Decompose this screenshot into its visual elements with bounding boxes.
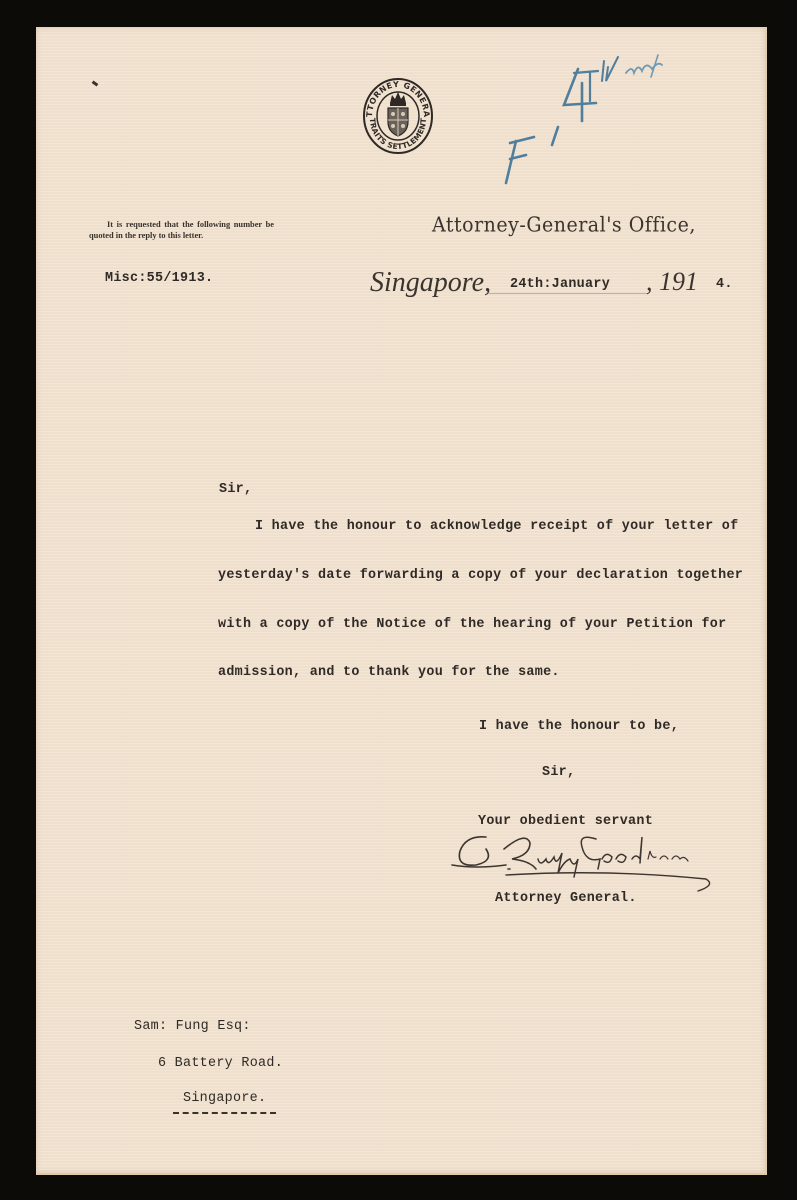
crest: ATTORNEY GENERAL STRAITS SETTLEMENTS — [360, 75, 436, 155]
ink-mark — [92, 81, 99, 87]
handwritten-annotation — [486, 47, 686, 187]
place-date-line: Singapore, 24th:January , 191 4. — [370, 267, 750, 303]
recipient-street: 6 Battery Road. — [158, 1056, 283, 1071]
signature — [446, 829, 716, 895]
closing-line: I have the honour to be, — [479, 719, 679, 734]
body-line: yesterday's date forwarding a copy of yo… — [218, 568, 743, 583]
date-underline — [488, 293, 648, 294]
office-heading: Attorney-General's Office, — [432, 213, 696, 237]
date-day-month: 24th:January — [510, 277, 610, 292]
recipient-city: Singapore. — [183, 1091, 266, 1106]
body-line: admission, and to thank you for the same… — [218, 665, 560, 680]
city-underline — [173, 1112, 276, 1114]
recipient-name: Sam: Fung Esq: — [134, 1019, 251, 1034]
signature-scribble-icon — [446, 829, 716, 895]
letter-page: ATTORNEY GENERAL STRAITS SETTLEMENTS — [36, 27, 767, 1175]
reference-request-note: It is requested that the following numbe… — [89, 220, 274, 241]
signatory-title: Attorney General. — [495, 891, 637, 906]
body-line: with a copy of the Notice of the hearing… — [218, 617, 726, 632]
date-year-prefix: , 191 — [646, 267, 698, 297]
reference-number: Misc:55/1913. — [105, 271, 213, 286]
place-name: Singapore, — [370, 267, 491, 299]
closing-servant: Your obedient servant — [478, 814, 653, 829]
closing-sir: Sir, — [542, 765, 575, 780]
pencil-scribble-icon — [486, 47, 686, 187]
body-line: I have the honour to acknowledge receipt… — [255, 519, 738, 534]
attorney-general-seal-icon: ATTORNEY GENERAL STRAITS SETTLEMENTS — [360, 75, 436, 155]
salutation: Sir, — [219, 482, 252, 497]
date-year-suffix: 4. — [716, 277, 733, 292]
